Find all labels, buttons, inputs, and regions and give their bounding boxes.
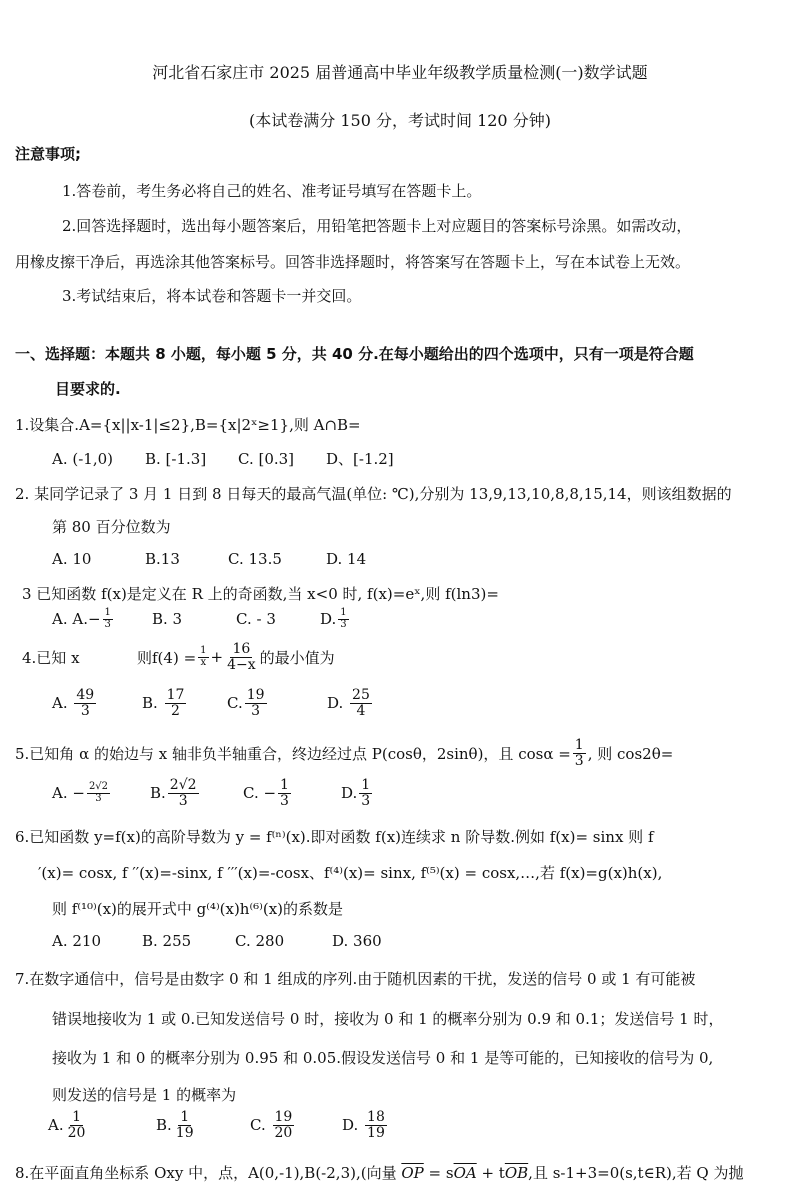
question-7-options: A.120 B.119 C. 1920 D. 1819 (48, 1110, 389, 1140)
option-c[interactable]: C. 280 (235, 932, 332, 950)
fraction: 1x (198, 646, 208, 668)
question-3-stem: 3 已知函数 f(x)是定义在 R 上的奇函数,当 x<0 时, f(x)=eˣ… (22, 583, 499, 604)
fraction: 13 (573, 738, 586, 768)
question-2-stem-cont: 第 80 百分位数为 (52, 516, 171, 537)
question-6-stem-cont-1: ′(x)= cosx, f ′′(x)=-sinx, f ′′′(x)=-cos… (38, 862, 662, 883)
notice-item-2: 2.回答选择题时，选出每小题答案后，用铅笔把答题卡上对应题目的答案标号涂黑。如需… (62, 215, 691, 236)
option-a[interactable]: A. 493 (52, 688, 142, 718)
question-6-stem-cont-2: 则 f⁽¹⁰⁾(x)的展开式中 g⁽⁴⁾(x)h⁽⁶⁾(x)的系数是 (52, 898, 343, 919)
vector-oa: OA (454, 1164, 477, 1182)
option-d[interactable]: D. 14 (326, 550, 366, 568)
option-a[interactable]: A. A.− 13 (52, 608, 152, 630)
question-4-stem: 4.已知 x 则f(4) = 1x + 164−x 的最小值为 (22, 642, 335, 672)
question-7-stem: 7.在数字通信中，信号是由数字 0 和 1 组成的序列.由于随机因素的干扰，发送… (15, 968, 695, 989)
option-c[interactable]: C. 13.5 (228, 550, 326, 568)
question-1-options: A. (-1,0) B. [-1.3] C. [0.3] D、[-1.2] (52, 448, 394, 469)
option-d[interactable]: D. 13 (320, 608, 351, 630)
question-6-options: A. 210 B. 255 C. 280 D. 360 (52, 932, 382, 950)
option-a[interactable]: A. (-1,0) (52, 450, 145, 468)
question-2-stem: 2. 某同学记录了 3 月 1 日到 8 日每天的最高气温(单位: ℃),分别为… (15, 483, 732, 504)
question-5-stem: 5.已知角 α 的始边与 x 轴非负半轴重合，终边经过点 P(cosθ，2sin… (15, 738, 673, 768)
fraction: 13 (338, 608, 348, 630)
option-c[interactable]: C. - 3 (236, 610, 320, 628)
option-a[interactable]: A. 210 (52, 932, 142, 950)
notice-item-3: 3.考试结束后，将本试卷和答题卡一并交回。 (62, 285, 361, 306)
question-6-stem: 6.已知函数 y=f(x)的高阶导数为 y = f⁽ⁿ⁾(x).即对函数 f(x… (15, 826, 654, 847)
option-c[interactable]: C. 1920 (250, 1110, 342, 1140)
question-8-stem: 8.在平面直角坐标系 Oxy 中，点，A(0,-1),B(-2,3),(向量 O… (15, 1162, 743, 1183)
question-5-options: A. −2√23 B.2√23 C. −13 D.13 (52, 778, 374, 808)
section-heading: 一、选择题：本题共 8 小题，每小题 5 分，共 40 分.在每小题给出的四个选… (15, 343, 694, 364)
fraction: 164−x (225, 642, 258, 672)
fraction: 13 (103, 608, 113, 630)
question-1-stem: 1.设集合.A={x||x-1|≤2},B={x|2ˣ≥1},则 A∩B= (15, 414, 361, 435)
question-7-stem-cont-1: 错误地接收为 1 或 0.已知发送信号 0 时，接收为 0 和 1 的概率分别为… (52, 1008, 724, 1029)
question-7-stem-cont-3: 则发送的信号是 1 的概率为 (52, 1084, 236, 1105)
option-d[interactable]: D、[-1.2] (326, 448, 394, 469)
option-d[interactable]: D. 360 (332, 932, 382, 950)
exam-subtitle: (本试卷满分 150 分，考试时间 120 分钟) (0, 108, 800, 131)
question-4-options: A. 493 B. 172 C.193 D. 254 (52, 688, 374, 718)
notice-item-2-cont: 用橡皮擦干净后，再选涂其他答案标号。回答非选择题时，将答案写在答题卡上，写在本试… (15, 251, 690, 272)
exam-title: 河北省石家庄市 2025 届普通高中毕业年级教学质量检测(一)数学试题 (0, 60, 800, 83)
option-b[interactable]: B.119 (156, 1110, 250, 1140)
question-3-options: A. A.− 13 B. 3 C. - 3 D. 13 (52, 608, 351, 630)
question-7-stem-cont-2: 接收为 1 和 0 的概率分别为 0.95 和 0.05.假设发送信号 0 和 … (52, 1047, 713, 1068)
option-d[interactable]: D. 1819 (342, 1110, 389, 1140)
option-b[interactable]: B. [-1.3] (145, 450, 238, 468)
option-b[interactable]: B.2√23 (150, 778, 243, 808)
option-b[interactable]: B. 255 (142, 932, 235, 950)
option-b[interactable]: B.13 (145, 550, 228, 568)
option-b[interactable]: B. 3 (152, 610, 236, 628)
option-d[interactable]: D.13 (341, 778, 374, 808)
section-heading-cont: 目要求的. (55, 378, 121, 399)
option-b[interactable]: B. 172 (142, 688, 227, 718)
option-a[interactable]: A. −2√23 (52, 782, 150, 804)
option-a[interactable]: A. 10 (52, 550, 145, 568)
question-2-options: A. 10 B.13 C. 13.5 D. 14 (52, 550, 366, 568)
vector-op: OP (401, 1164, 423, 1182)
option-d[interactable]: D. 254 (327, 688, 374, 718)
notice-heading: 注意事项; (15, 143, 81, 164)
option-c[interactable]: C.193 (227, 688, 327, 718)
option-c[interactable]: C. [0.3] (238, 450, 326, 468)
vector-ob: OB (505, 1164, 528, 1182)
option-c[interactable]: C. −13 (243, 778, 341, 808)
option-a[interactable]: A.120 (48, 1110, 156, 1140)
notice-item-1: 1.答卷前，考生务必将自己的姓名、准考证号填写在答题卡上。 (62, 180, 481, 201)
